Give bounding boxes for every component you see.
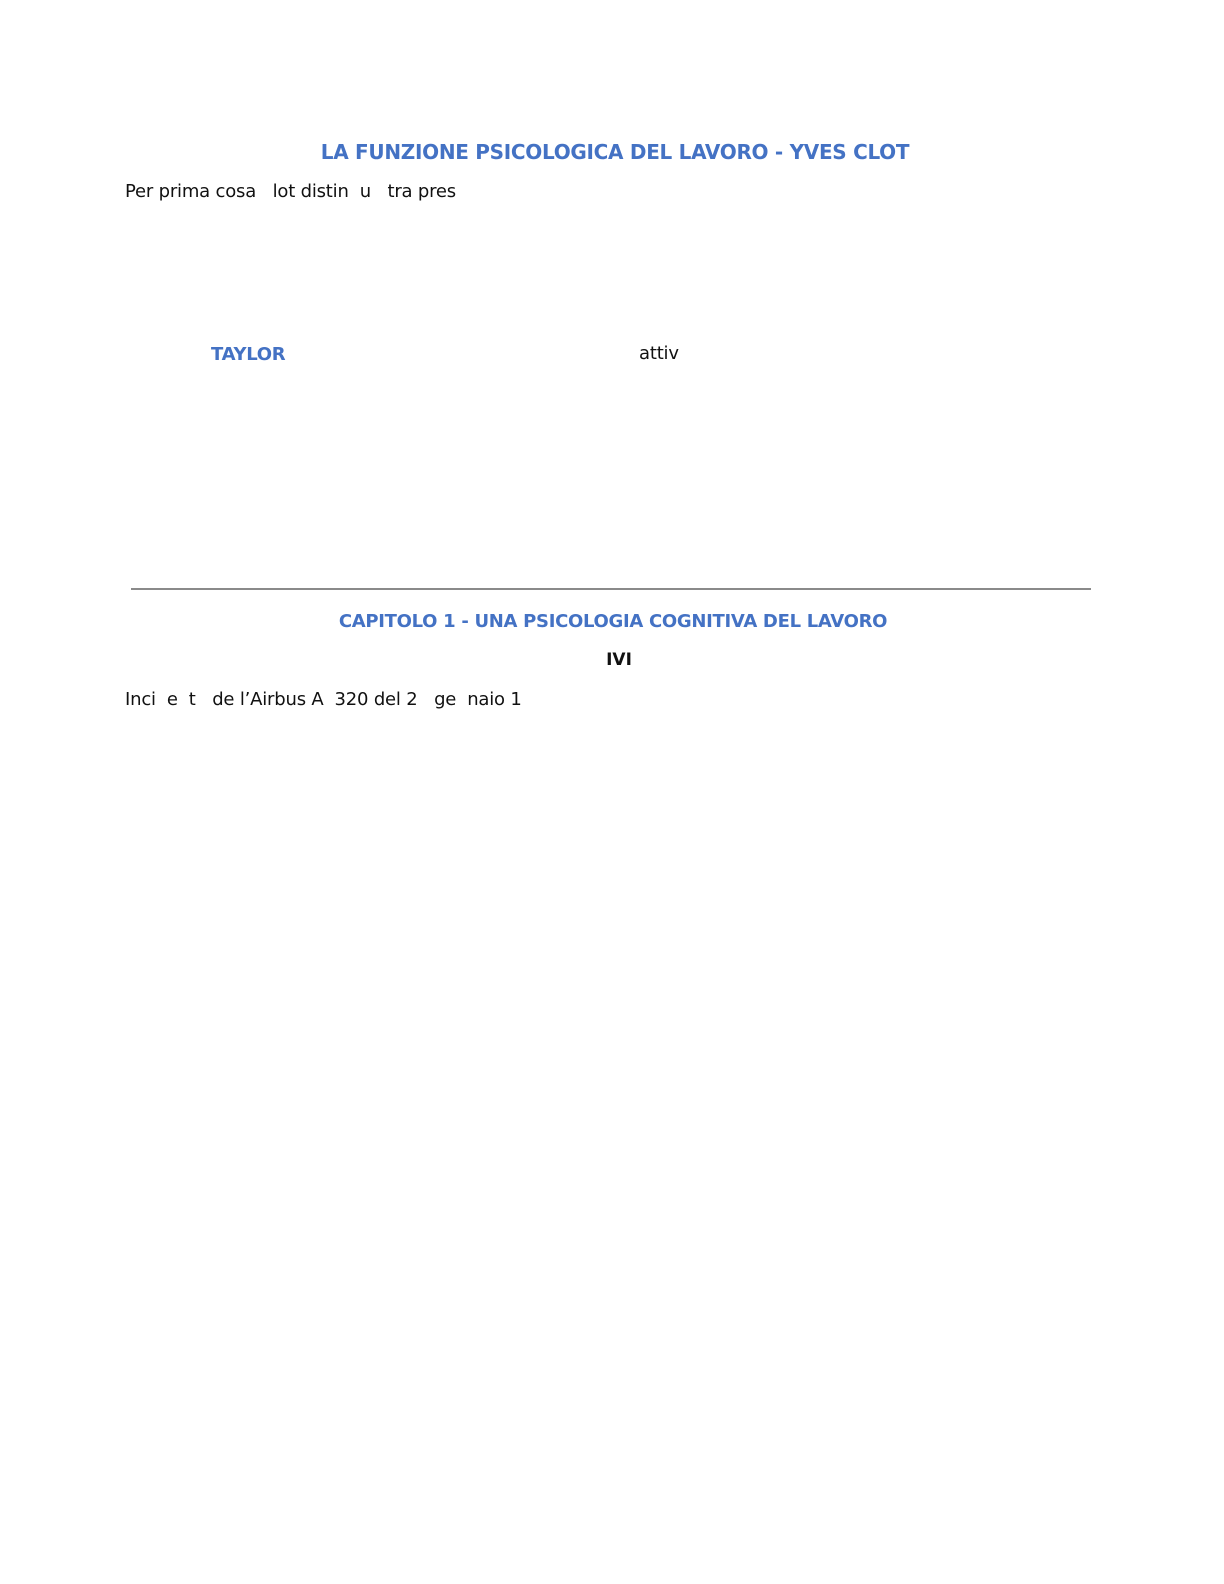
chapter-subheading: IVI <box>0 650 1224 670</box>
document-page: LA FUNZIONE PSICOLOGICA DEL LAVORO - YVE… <box>0 0 1224 1584</box>
incident-paragraph: Inci e t de l’Airbus A 320 del 2 ge naio… <box>125 689 522 710</box>
taylor-label: TAYLOR <box>211 344 285 365</box>
intro-paragraph: Per prima cosa lot distin u tra pres <box>125 181 456 202</box>
chapter-heading: CAPITOLO 1 - UNA PSICOLOGIA COGNITIVA DE… <box>0 611 1224 632</box>
attiv-fragment: attiv <box>639 343 679 364</box>
document-title: LA FUNZIONE PSICOLOGICA DEL LAVORO - YVE… <box>0 140 1224 164</box>
section-divider <box>131 588 1091 590</box>
